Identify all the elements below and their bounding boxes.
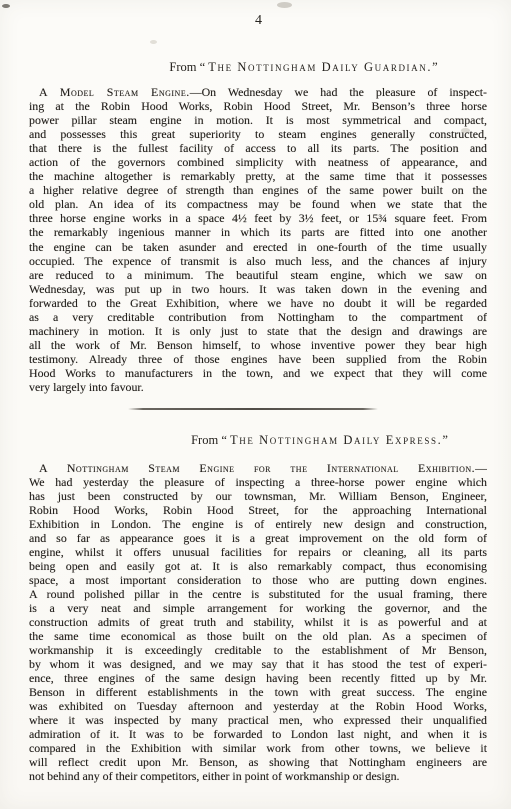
- text-line: Benson in different establishments in th…: [29, 685, 487, 699]
- text-line: and so far as appearance goes it is a gr…: [29, 531, 487, 545]
- text-line: three horse engine works in a space 4½ f…: [29, 211, 487, 225]
- text-line: A Nottingham Steam Engine for the Intern…: [29, 461, 487, 475]
- article-paragraph-express: A Nottingham Steam Engine for the Intern…: [29, 461, 487, 783]
- section-divider-rule: [128, 408, 378, 410]
- newspaper-name-express: The Nottingham Daily Express.: [230, 433, 442, 447]
- text-line: a higher relative degree of strength tha…: [29, 183, 487, 197]
- heading-suffix: ”: [432, 60, 438, 74]
- text-line: compared in the Exhibition with similar …: [29, 741, 487, 755]
- text-line: Robin Hood Works, Robin Hood Street, for…: [29, 503, 487, 517]
- text-line: the same time economical as those built …: [29, 629, 487, 643]
- text-line: Wednesday, was put up in two hours. It w…: [29, 282, 487, 296]
- text-line: A round polished pillar in the centre is…: [29, 587, 487, 601]
- text-line: We had yesterday the pleasure of inspect…: [29, 475, 487, 489]
- text-line: not behind any of their competitors, eit…: [29, 769, 487, 783]
- text-line: being open and easily got at. It is also…: [29, 559, 487, 573]
- article-paragraph-guardian: A Model Steam Engine.—On Wednesday we ha…: [29, 85, 487, 394]
- scan-artifact: [2, 4, 10, 8]
- text-line: is a very neat and simple arrangement fo…: [29, 601, 487, 615]
- text-line: will reflect credit upon Mr. Benson, as …: [29, 755, 487, 769]
- text-line: workmanship it is exceedingly creditable…: [29, 643, 487, 657]
- text-line: admiration of it. It was to be forwarded…: [29, 727, 487, 741]
- heading-prefix: From “: [191, 433, 230, 447]
- scan-artifact: [150, 40, 157, 44]
- text-line: by whom it was designed, and we may say …: [29, 657, 487, 671]
- text-line: ence, three engines of the same design h…: [29, 671, 487, 685]
- text-line: occupied. The expence of transmit is als…: [29, 254, 487, 268]
- text-line: all the work of Mr. Benson himself, to w…: [29, 338, 487, 352]
- section-heading-express: From “ The Nottingham Daily Express.”: [64, 433, 511, 448]
- text-line: very largely into favour.: [29, 380, 487, 394]
- text-line: are reduced to a minimum. The beautiful …: [29, 268, 487, 282]
- text-line: and possesses this great superiority to …: [29, 127, 487, 141]
- text-line: the machine altogether is remarkably pre…: [29, 169, 487, 183]
- text-line: A Model Steam Engine.—On Wednesday we ha…: [29, 85, 487, 99]
- text-line: power pillar steam engine in motion. It …: [29, 113, 487, 127]
- heading-suffix: ”: [442, 433, 448, 447]
- text-line: that there is the fullest facility of ac…: [29, 141, 487, 155]
- text-line: space, a most important consideration to…: [29, 573, 487, 587]
- text-line: machinery in motion. It is only just to …: [29, 324, 487, 338]
- text-line: construction admits of great truth and s…: [29, 615, 487, 629]
- heading-prefix: From “: [169, 60, 208, 74]
- text-line: ing at the Robin Hood Works, Robin Hood …: [29, 99, 487, 113]
- text-line: forwarded to the Great Exhibition, where…: [29, 296, 487, 310]
- text-line: the engine can be taken asunder and erec…: [29, 240, 487, 254]
- text-line: Hood Works to manufacturers in the town,…: [29, 366, 487, 380]
- text-line: was exhibited on Tuesday afternoon and y…: [29, 699, 487, 713]
- text-line: old plan. An idea of its compactness may…: [29, 197, 487, 211]
- page-number: 4: [0, 13, 511, 29]
- text-line: testimony. Already three of those engine…: [29, 352, 487, 366]
- scan-artifact: [277, 2, 292, 8]
- text-line: Exhibition in London. The engine is of e…: [29, 517, 487, 531]
- paragraph-lead-smallcaps: A Model Steam Engine.: [39, 85, 190, 99]
- text-line: action of the governors combined simplic…: [29, 155, 487, 169]
- newspaper-name-guardian: The Nottingham Daily Guardian.: [208, 60, 432, 74]
- text-line: as a very creditable contribution from N…: [29, 310, 487, 324]
- book-page-scan: 4 From “ The Nottingham Daily Guardian.”…: [0, 0, 511, 809]
- text-line: the remarkably ingenious manner in which…: [29, 225, 487, 239]
- section-heading-guardian: From “ The Nottingham Daily Guardian.”: [48, 60, 511, 75]
- text-line: where it was inspected by many practical…: [29, 713, 487, 727]
- paragraph-lead-smallcaps: A Nottingham Steam Engine for the Intern…: [39, 461, 475, 475]
- text-line: has just been constructed by our townsma…: [29, 489, 487, 503]
- text-line: engine, whilst it offers unusual facilit…: [29, 545, 487, 559]
